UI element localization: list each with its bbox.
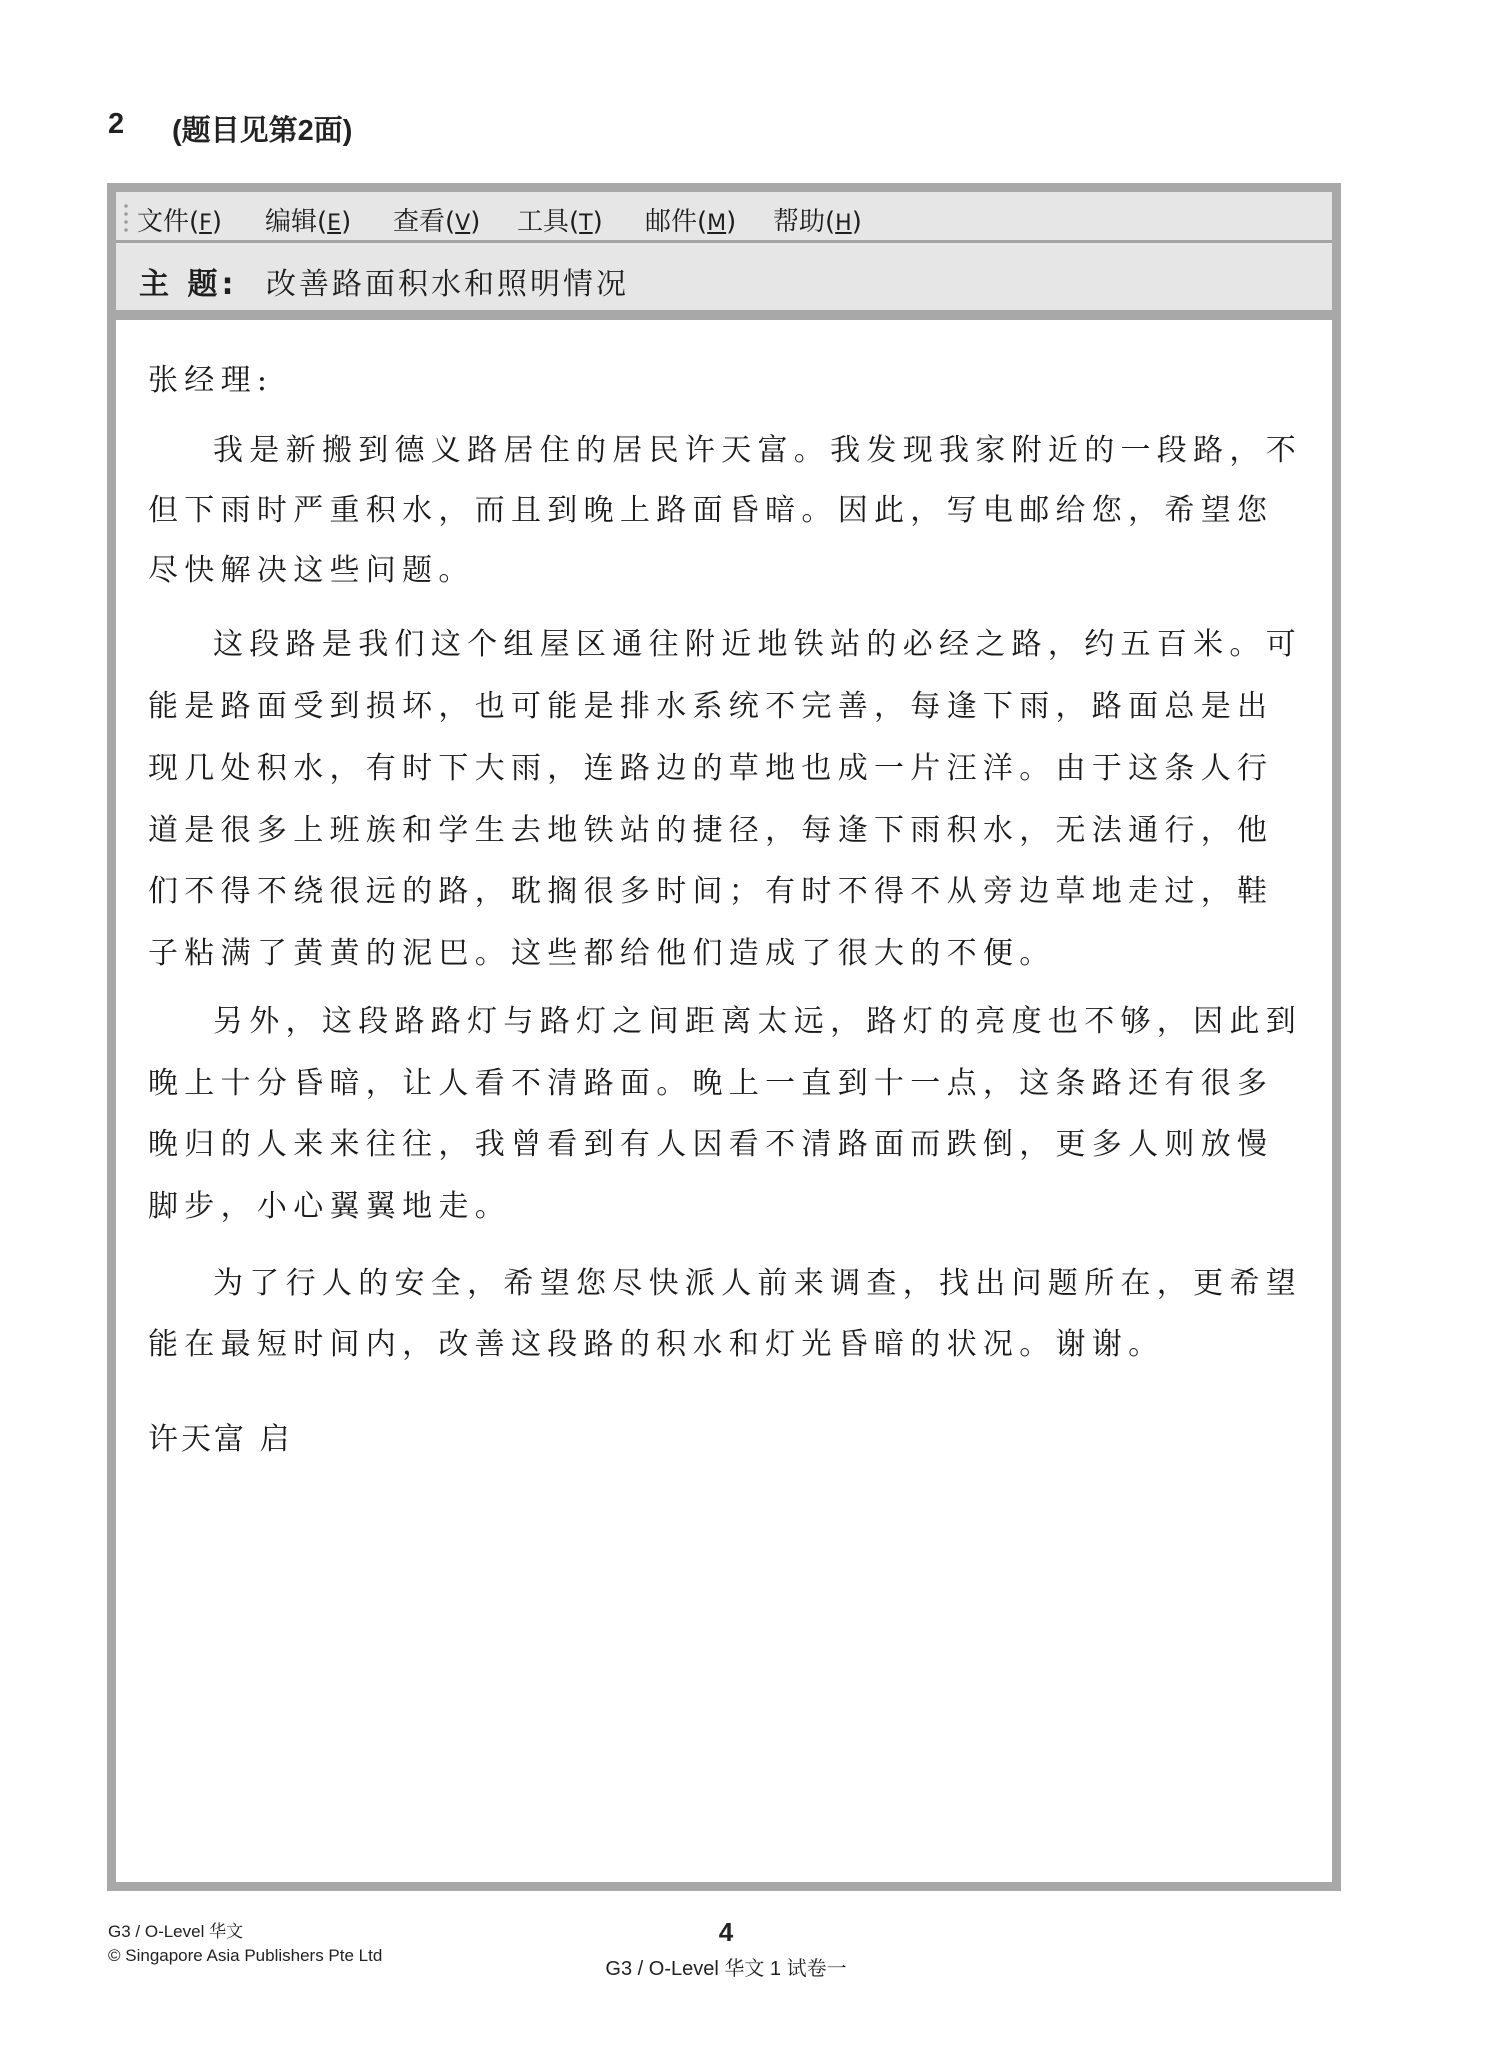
menu-mail[interactable]: 邮件(M) bbox=[645, 201, 736, 238]
body-line: 道是很多上班族和学生去地铁站的捷径，每逢下雨积水，无法通行，他 bbox=[148, 811, 1273, 851]
menu-tools[interactable]: 工具(T) bbox=[517, 201, 603, 238]
body-line: 另外，这段路路灯与路灯之间距离太远，路灯的亮度也不够，因此到 bbox=[213, 1002, 1302, 1042]
menu-view[interactable]: 查看(V) bbox=[393, 201, 480, 238]
salutation: 张经理: bbox=[148, 361, 273, 401]
body-line: 为了行人的安全，希望您尽快派人前来调查，找出问题所在，更希望 bbox=[213, 1264, 1302, 1304]
body-line: 们不得不绕很远的路，耽搁很多时间；有时不得不从旁边草地走过，鞋 bbox=[148, 872, 1273, 912]
question-number: 2 bbox=[108, 108, 124, 141]
page-number: 4 bbox=[0, 1917, 1452, 1948]
email-window: 文件(F) 编辑(E) 查看(V) 工具(T) 邮件(M) 帮助(H) 主 题:… bbox=[107, 183, 1341, 1891]
body-line: 晚上十分昏暗，让人看不清路面。晚上一直到十一点，这条路还有很多 bbox=[148, 1064, 1273, 1104]
subject-field[interactable]: 改善路面积水和照明情况 bbox=[266, 259, 629, 303]
toolbar-grip-icon[interactable] bbox=[124, 202, 128, 234]
signature: 许天富 启 bbox=[148, 1420, 293, 1460]
menu-help[interactable]: 帮助(H) bbox=[773, 201, 862, 238]
question-reference: (题目见第2面) bbox=[172, 108, 352, 149]
body-line: 现几处积水，有时下大雨，连路边的草地也成一片汪洋。由于这条人行 bbox=[148, 749, 1273, 789]
menu-edit[interactable]: 编辑(E) bbox=[265, 201, 351, 238]
subject-row: 主 题: 改善路面积水和照明情况 bbox=[116, 243, 1332, 320]
subject-label: 主 题: bbox=[139, 259, 237, 303]
body-line: 晚归的人来来往往，我曾看到有人因看不清路面而跌倒，更多人则放慢 bbox=[148, 1125, 1273, 1165]
body-line: 这段路是我们这个组屋区通往附近地铁站的必经之路，约五百米。可 bbox=[213, 625, 1302, 665]
body-line: 能在最短时间内，改善这段路的积水和灯光昏暗的状况。谢谢。 bbox=[148, 1325, 1164, 1365]
menu-file[interactable]: 文件(F) bbox=[137, 201, 222, 238]
body-line: 子粘满了黄黄的泥巴。这些都给他们造成了很大的不便。 bbox=[148, 934, 1056, 974]
menu-bar: 文件(F) 编辑(E) 查看(V) 工具(T) 邮件(M) 帮助(H) bbox=[116, 192, 1332, 243]
body-line: 尽快解决这些问题。 bbox=[148, 551, 475, 591]
email-body[interactable]: 张经理: 我是新搬到德义路居住的居民许天富。我发现我家附近的一段路，不 但下雨时… bbox=[116, 320, 1332, 1882]
body-line: 我是新搬到德义路居住的居民许天富。我发现我家附近的一段路，不 bbox=[213, 431, 1302, 471]
body-line: 能是路面受到损坏，也可能是排水系统不完善，每逢下雨，路面总是出 bbox=[148, 687, 1273, 727]
footer-paper-title: G3 / O-Level 华文 1 试卷一 bbox=[0, 1952, 1452, 1981]
body-line: 但下雨时严重积水，而且到晚上路面昏暗。因此，写电邮给您，希望您 bbox=[148, 491, 1273, 531]
body-line: 脚步，小心翼翼地走。 bbox=[148, 1187, 511, 1227]
